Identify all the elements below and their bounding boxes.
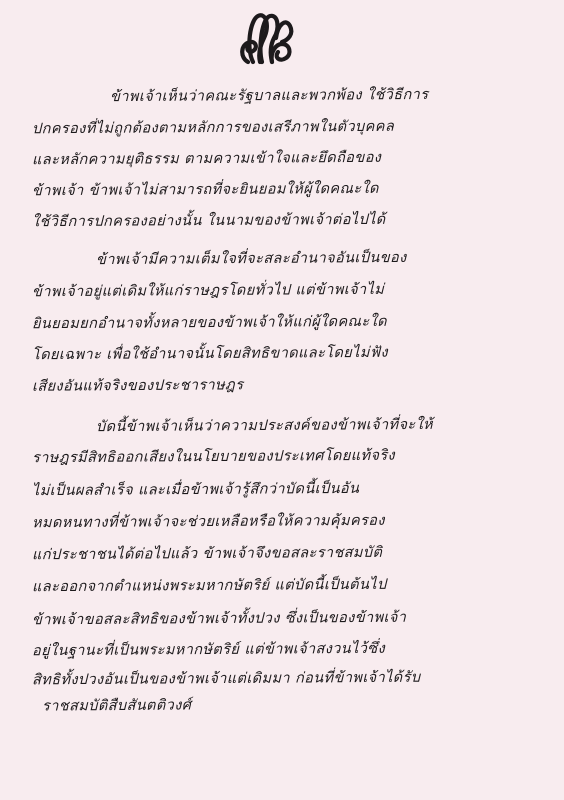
text-line: ไม่เป็นผลสำเร็จ และเมื่อข้าพเจ้ารู้สึกว่…: [32, 477, 359, 502]
text-line: โดยเฉพาะ เพื่อใช้อำนาจนั้นโดยสิทธิขาดและ…: [32, 341, 388, 366]
text-line: ราชสมบัติสืบสันตติวงศ์: [42, 693, 191, 717]
text-line: หมดหนทางที่ข้าพเจ้าจะช่วยเหลือหรือให้ควา…: [32, 509, 385, 534]
royal-cipher-monogram-icon: [236, 8, 296, 68]
text-line: สิทธิทั้งปวงอันเป็นของข้าพเจ้าแต่เดิมมา …: [32, 666, 421, 692]
text-line: ใช้วิธีการปกครองอย่างนั้น ในนามของข้าพเจ…: [32, 208, 386, 233]
text-line: ข้าพเจ้าอยู่แต่เดิมให้แก่ราษฎรโดยทั่วไป …: [32, 278, 384, 303]
text-line: บัดนี้ข้าพเจ้าเห็นว่าความประสงค์ของข้าพเ…: [96, 413, 433, 438]
royal-cipher-monogram: [236, 8, 296, 68]
text-line: และหลักความยุติธรรม ตามความเข้าใจและยึดถ…: [32, 146, 381, 171]
text-line: ยินยอมยกอำนาจทั้งหลายของข้าพเจ้าให้แก่ผู…: [32, 310, 387, 335]
text-line: เสียงอันแท้จริงของประชาราษฎร: [32, 373, 244, 397]
text-line: ข้าพเจ้ามีความเต็มใจที่จะสละอำนาจอันเป็น…: [96, 246, 407, 271]
text-line: อยู่ในฐานะที่เป็นพระมหากษัตริย์ แต่ข้าพเ…: [32, 637, 385, 662]
text-line: และออกจากตำแหน่งพระมหากษัตริย์ แต่บัดนี้…: [32, 573, 387, 598]
text-line: ราษฎรมีสิทธิออกเสียงในนโยบายของประเทศโดย…: [32, 444, 395, 470]
document-page: ข้าพเจ้าเห็นว่าคณะรัฐบาลและพวกพ้อง ใช้วิ…: [0, 0, 564, 800]
text-line: แก่ประชาชนได้ต่อไปแล้ว ข้าพเจ้าจึงขอสละร…: [32, 541, 382, 566]
text-line: ข้าพเจ้าขอสละสิทธิของข้าพเจ้าทั้งปวง ซึ่…: [32, 606, 406, 632]
text-line: ข้าพเจ้าเห็นว่าคณะรัฐบาลและพวกพ้อง ใช้วิ…: [110, 83, 429, 108]
text-line: ข้าพเจ้า ข้าพเจ้าไม่สามารถที่จะยินยอมให้…: [32, 177, 379, 202]
text-line: ปกครองที่ไม่ถูกต้องตามหลักการของเสรีภาพใ…: [32, 115, 394, 141]
